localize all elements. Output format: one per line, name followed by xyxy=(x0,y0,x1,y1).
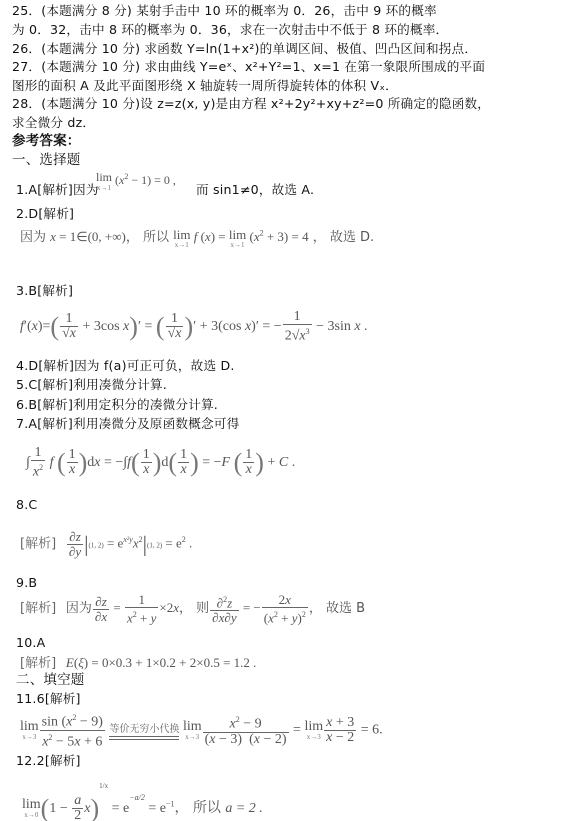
answer-3-label: 3.B[解析] xyxy=(16,282,73,300)
answer-9-math: [解析] 因为∂z∂x = 1x2 + y×2x， 则∂2z∂x∂y = −2x… xyxy=(20,593,365,625)
answer-6: 6.B[解析]利用定积分的凑微分计算. xyxy=(16,396,218,414)
answer-8-math: [解析] ∂z∂y|(1, 2) = ex²yx2|(1, 2) = e2 . xyxy=(20,530,192,559)
question-25-line1: 25．(本题满分 8 分) 某射手击中 10 环的概率为 0．26，击中 9 环… xyxy=(12,2,437,20)
answer-10-math: [解析] E(ξ) = 0×0.3 + 1×0.2 + 2×0.5 = 1.2 … xyxy=(20,652,256,671)
answer-12-label: 12.2[解析] xyxy=(16,752,81,770)
answer-3-math: f′(x)=(1√x + 3cos x)′ = (1√x)′ + 3(cos x… xyxy=(20,310,368,344)
answer-2-label: 2.D[解析] xyxy=(16,205,74,223)
question-28-line2: 求全微分 dz． xyxy=(12,114,95,132)
answer-5: 5.C[解析]利用凑微分计算. xyxy=(16,376,167,394)
question-25-line2: 为 0．32，击中 8 环的概率为 0．36，求在一次射击中不低于 8 环的概率… xyxy=(12,21,448,39)
answer-1-suffix: 而 sin1≠0，故选 A. xyxy=(196,181,314,199)
section2-heading: 二、填空题 xyxy=(16,671,85,689)
question-27-line1: 27．(本题满分 10 分) 求由曲线 Y=eˣ、x²+Y²=1、x=1 在第一… xyxy=(12,58,485,76)
answer-11-label: 11.6[解析] xyxy=(16,690,81,708)
answer-10-label: 10.A xyxy=(16,634,45,652)
question-27-line2: 图形的面积 A 及此平面图形绕 X 轴旋转一周所得旋转体的体积 Vₓ． xyxy=(12,77,398,95)
answer-11-math: limx→3sin (x2 − 9)x2 − 5x + 6 等价无穷小代换 li… xyxy=(20,711,383,749)
answer-4: 4.D[解析]因为 f(a)可正可负，故选 D. xyxy=(16,357,235,375)
answer-2-math: 因为 x = 1∈(0, +∞)， 所以 limx→1 f (x) = limx… xyxy=(20,226,374,249)
section1-heading: 一、选择题 xyxy=(12,151,81,169)
question-26: 26．(本题满分 10 分) 求函数 Y=ln(1+x²)的单调区间、极值、凹凸… xyxy=(12,40,477,58)
answer-1-prefix: 1.A[解析]因为 xyxy=(16,181,99,199)
answer-9-label: 9.B xyxy=(16,574,37,592)
answer-12-math: limx→0(1 − a2x)1/x = e−a/2 = e−1， 所以 a =… xyxy=(22,782,263,821)
answer-1-math: limx→1 (x2 − 1) = 0 , xyxy=(96,171,176,192)
answer-7-math: ∫1x2 f (1x)dx = −∫f(1x)d(1x) = −F (1x) +… xyxy=(26,446,295,480)
question-28-line1: 28．(本题满分 10 分)设 z=z(x, y)是由方程 x²+2y²+xy+… xyxy=(12,95,490,113)
answer-7: 7.A[解析]利用凑微分及原函数概念可得 xyxy=(16,415,239,433)
answer-8-label: 8.C xyxy=(16,496,37,514)
answers-heading: 参考答案： xyxy=(12,132,81,150)
